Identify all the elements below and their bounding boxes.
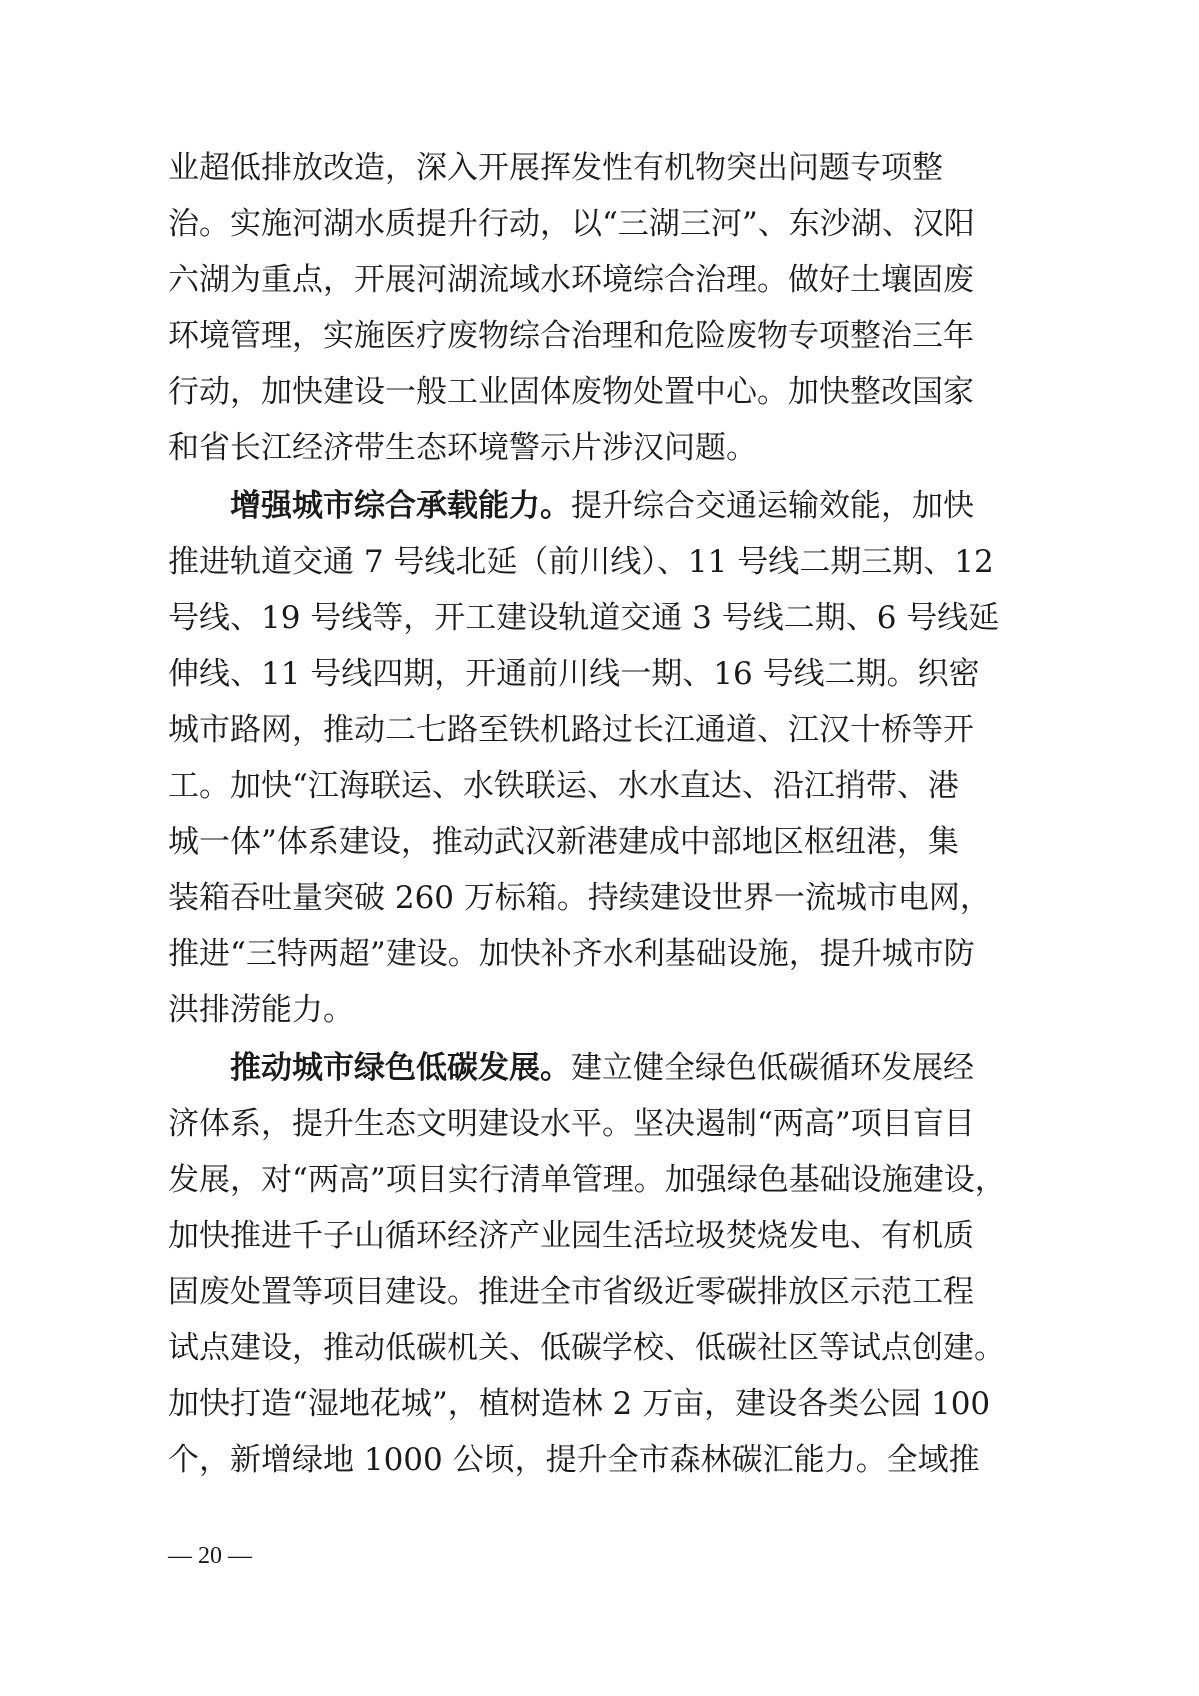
text-line: 六湖为重点，开展河湖流域水环境综合治理。做好土壤固废 bbox=[168, 252, 941, 308]
text-line: 个，新增绿地 1000 公顷，提升全市森林碳汇能力。全域推 bbox=[168, 1432, 941, 1488]
section-heading: 推动城市绿色低碳发展。 bbox=[230, 1050, 571, 1086]
text-line: 固废处置等项目建设。推进全市省级近零碳排放区示范工程 bbox=[168, 1264, 941, 1320]
text-line: 工。加快“江海联运、水铁联运、水水直达、沿江捎带、港 bbox=[168, 758, 941, 814]
text-line: 号线、19 号线等，开工建设轨道交通 3 号线二期、6 号线延 bbox=[168, 590, 941, 646]
text-line: 加快推进千子山循环经济产业园生活垃圾焚烧发电、有机质 bbox=[168, 1208, 941, 1264]
text-line: 业超低排放改造，深入开展挥发性有机物突出问题专项整 bbox=[168, 140, 941, 196]
document-page: 业超低排放改造，深入开展挥发性有机物突出问题专项整 治。实施河湖水质提升行动，以… bbox=[0, 0, 1199, 1696]
text-line: 加快打造“湿地花城”，植树造林 2 万亩，建设各类公园 100 bbox=[168, 1376, 941, 1432]
text-line: 推进“三特两超”建设。加快补齐水利基础设施，提升城市防 bbox=[168, 926, 941, 982]
text-line: 洪排涝能力。 bbox=[168, 982, 941, 1038]
section-heading: 增强城市综合承载能力。 bbox=[230, 488, 571, 524]
text-line: 行动，加快建设一般工业固体废物处置中心。加快整改国家 bbox=[168, 364, 941, 420]
text-line: 环境管理，实施医疗废物综合治理和危险废物专项整治三年 bbox=[168, 308, 941, 364]
text-line: 和省长江经济带生态环境警示片涉汉问题。 bbox=[168, 420, 941, 476]
text-line: 济体系，提升生态文明建设水平。坚决遏制“两高”项目盲目 bbox=[168, 1096, 941, 1152]
text-line: 伸线、11 号线四期，开通前川线一期、16 号线二期。织密 bbox=[168, 646, 941, 702]
text-span: 建立健全绿色低碳循环发展经 bbox=[571, 1050, 974, 1086]
text-line: 试点建设，推动低碳机关、低碳学校、低碳社区等试点创建。 bbox=[168, 1320, 941, 1376]
text-line: 城一体”体系建设，推动武汉新港建成中部地区枢纽港，集 bbox=[168, 814, 941, 870]
page-number: — 20 — bbox=[168, 1543, 252, 1570]
text-line: 发展，对“两高”项目实行清单管理。加强绿色基础设施建设， bbox=[168, 1152, 941, 1208]
text-line: 推进轨道交通 7 号线北延（前川线）、11 号线二期三期、12 bbox=[168, 534, 941, 590]
text-line: 城市路网，推动二七路至铁机路过长江通道、江汉十桥等开 bbox=[168, 702, 941, 758]
text-line: 装箱吞吐量突破 260 万标箱。持续建设世界一流城市电网， bbox=[168, 870, 941, 926]
text-line: 治。实施河湖水质提升行动，以“三湖三河”、东沙湖、汉阳 bbox=[168, 196, 941, 252]
paragraph-first-line: 推动城市绿色低碳发展。建立健全绿色低碳循环发展经 bbox=[230, 1040, 941, 1096]
paragraph-first-line: 增强城市综合承载能力。提升综合交通运输效能，加快 bbox=[230, 478, 941, 534]
text-span: 提升综合交通运输效能，加快 bbox=[571, 488, 974, 524]
